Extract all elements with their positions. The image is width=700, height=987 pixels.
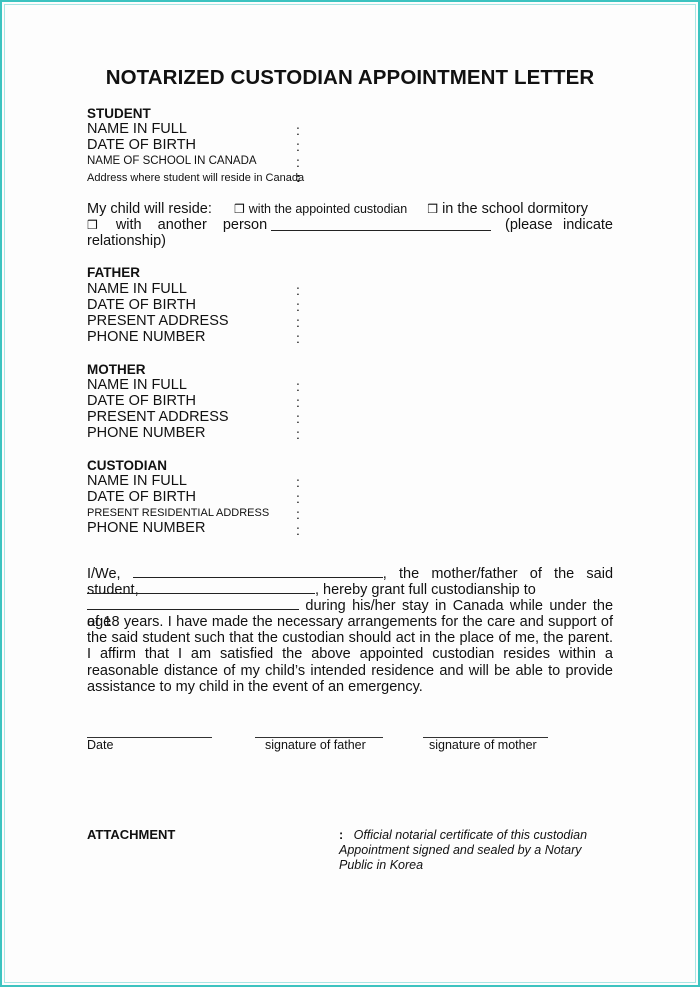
student-name-label: NAME IN FULL: [87, 121, 187, 137]
mother-dob-field[interactable]: :: [296, 394, 300, 410]
mother-heading: MOTHER: [87, 362, 146, 377]
mother-address-field[interactable]: :: [296, 410, 300, 426]
option-custodian: with the appointed custodian: [249, 202, 407, 216]
father-dob-field[interactable]: :: [296, 298, 300, 314]
relationship-note-mask: [505, 233, 615, 251]
mother-signature-label: signature of mother: [429, 738, 537, 752]
father-name-label: NAME IN FULL: [87, 281, 187, 297]
father-phone-field[interactable]: :: [296, 330, 300, 346]
reside-line-2: ❒ with another person: [87, 217, 267, 233]
mother-dob-label: DATE OF BIRTH: [87, 393, 196, 409]
student-name-field[interactable]: :: [296, 122, 300, 138]
relationship-input[interactable]: [271, 219, 491, 231]
mother-phone-label: PHONE NUMBER: [87, 425, 205, 441]
father-address-label: PRESENT ADDRESS: [87, 313, 229, 329]
date-label: Date: [87, 738, 113, 752]
father-name-field[interactable]: :: [296, 282, 300, 298]
father-heading: FATHER: [87, 265, 140, 280]
attachment-label: ATTACHMENT: [87, 827, 175, 842]
option-dormitory: in the school dormitory: [442, 201, 588, 217]
option-another-person: with another person: [116, 217, 267, 233]
attachment-note: : Official notarial certificate of this …: [339, 828, 619, 873]
custodian-phone-field[interactable]: :: [296, 522, 300, 538]
checkbox-icon[interactable]: ❒: [87, 218, 98, 232]
relationship-note-wrap: relationship): [87, 233, 166, 249]
custodian-dob-label: DATE OF BIRTH: [87, 489, 196, 505]
father-signature-label: signature of father: [265, 738, 366, 752]
custodian-dob-field[interactable]: :: [296, 490, 300, 506]
custodian-address-label: PRESENT RESIDENTIAL ADDRESS: [87, 507, 269, 519]
student-school-label: NAME OF SCHOOL IN CANADA: [87, 155, 257, 167]
custodian-name-field[interactable]: :: [296, 474, 300, 490]
father-address-field[interactable]: :: [296, 314, 300, 330]
father-phone-label: PHONE NUMBER: [87, 329, 205, 345]
mother-name-field[interactable]: :: [296, 378, 300, 394]
father-dob-label: DATE OF BIRTH: [87, 297, 196, 313]
custodian-address-field[interactable]: :: [296, 506, 300, 522]
custodian-heading: CUSTODIAN: [87, 458, 167, 473]
student-address-field[interactable]: :: [296, 169, 301, 185]
declarant-name-input[interactable]: [133, 566, 383, 578]
custodian-phone-label: PHONE NUMBER: [87, 520, 205, 536]
student-heading: STUDENT: [87, 106, 151, 121]
document-title: NOTARIZED CUSTODIAN APPOINTMENT LETTER: [0, 66, 700, 90]
reside-prompt: My child will reside:: [87, 201, 212, 217]
mother-address-label: PRESENT ADDRESS: [87, 409, 229, 425]
student-dob-label: DATE OF BIRTH: [87, 137, 196, 153]
reside-line-1: My child will reside: ❒ with the appoint…: [87, 201, 588, 217]
custodian-name-label: NAME IN FULL: [87, 473, 187, 489]
declaration-line-2: , hereby grant full custodianship to: [87, 582, 613, 598]
mother-phone-field[interactable]: :: [296, 426, 300, 442]
mother-name-label: NAME IN FULL: [87, 377, 187, 393]
student-address-label: Address where student will reside in Can…: [87, 172, 304, 184]
checkbox-icon[interactable]: ❒: [427, 202, 438, 216]
declaration-body: of 18 years. I have made the necessary a…: [87, 614, 613, 695]
custodian-name-input[interactable]: [87, 598, 299, 610]
student-school-field[interactable]: :: [296, 154, 300, 170]
student-name-input[interactable]: [87, 582, 315, 594]
student-dob-field[interactable]: :: [296, 138, 300, 154]
checkbox-icon[interactable]: ❒: [234, 202, 245, 216]
